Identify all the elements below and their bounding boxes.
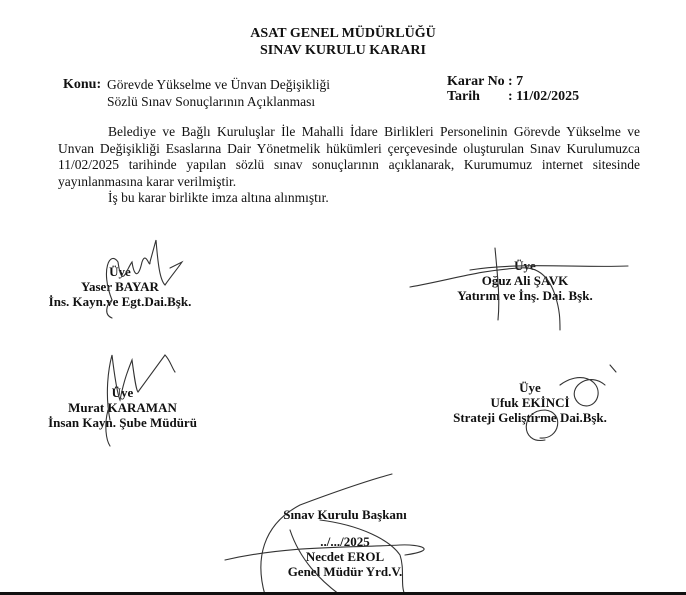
date-label: Tarih [447, 89, 507, 105]
signatory-title: Strateji Geliştirme Dai.Bşk. [440, 410, 620, 425]
date-value: : 11/02/2025 [508, 89, 579, 105]
signatory-role: Üye [440, 380, 620, 395]
signatory-name: Yaser BAYAR [35, 279, 205, 294]
chair-title: Genel Müdür Yrd.V. [240, 564, 450, 579]
signatory-title: Yatırım ve İnş. Dai. Bşk. [445, 288, 605, 303]
signatory-name: Oğuz Ali ŞAVK [445, 273, 605, 288]
signature-block-member-1: Üye Yaser BAYAR İns. Kayn.ve Egt.Dai.Bşk… [35, 264, 205, 309]
signature-block-chair: Sınav Kurulu Başkanı ../.../2025 Necdet … [240, 507, 450, 579]
decision-no-label: Karar No [447, 74, 507, 90]
signatory-title: İnsan Kayn. Şube Müdürü [30, 415, 215, 430]
document-title: SINAV KURULU KARARI [0, 42, 686, 59]
signatory-title: İns. Kayn.ve Egt.Dai.Bşk. [35, 294, 205, 309]
signature-block-member-2: Üye Oğuz Ali ŞAVK Yatırım ve İnş. Dai. B… [445, 258, 605, 303]
organization-name: ASAT GENEL MÜDÜRLÜĞÜ [0, 25, 686, 42]
signature-block-member-3: Üye Murat KARAMAN İnsan Kayn. Şube Müdür… [30, 385, 215, 430]
decision-body: Belediye ve Bağlı Kuruluşlar İle Mahalli… [58, 124, 640, 207]
signature-block-member-4: Üye Ufuk EKİNCİ Strateji Geliştirme Dai.… [440, 380, 620, 425]
signatory-role: Üye [445, 258, 605, 273]
chair-date: ../.../2025 [240, 534, 450, 549]
subject-line-1: Görevde Yükselme ve Ünvan Değişikliği [107, 77, 330, 93]
signatory-name: Murat KARAMAN [30, 400, 215, 415]
signatory-name: Ufuk EKİNCİ [440, 395, 620, 410]
subject-line-2: Sözlü Sınav Sonuçlarının Açıklanması [107, 94, 315, 110]
decision-no-value: : 7 [508, 74, 523, 90]
subject-label: Konu: [63, 77, 101, 93]
chair-role: Sınav Kurulu Başkanı [240, 507, 450, 522]
chair-name: Necdet EROL [240, 549, 450, 564]
body-paragraph-1: Belediye ve Bağlı Kuruluşlar İle Mahalli… [58, 124, 640, 190]
body-paragraph-2: İş bu karar birlikte imza altına alınmış… [58, 190, 640, 207]
signatory-role: Üye [30, 385, 215, 400]
signatory-role: Üye [35, 264, 205, 279]
